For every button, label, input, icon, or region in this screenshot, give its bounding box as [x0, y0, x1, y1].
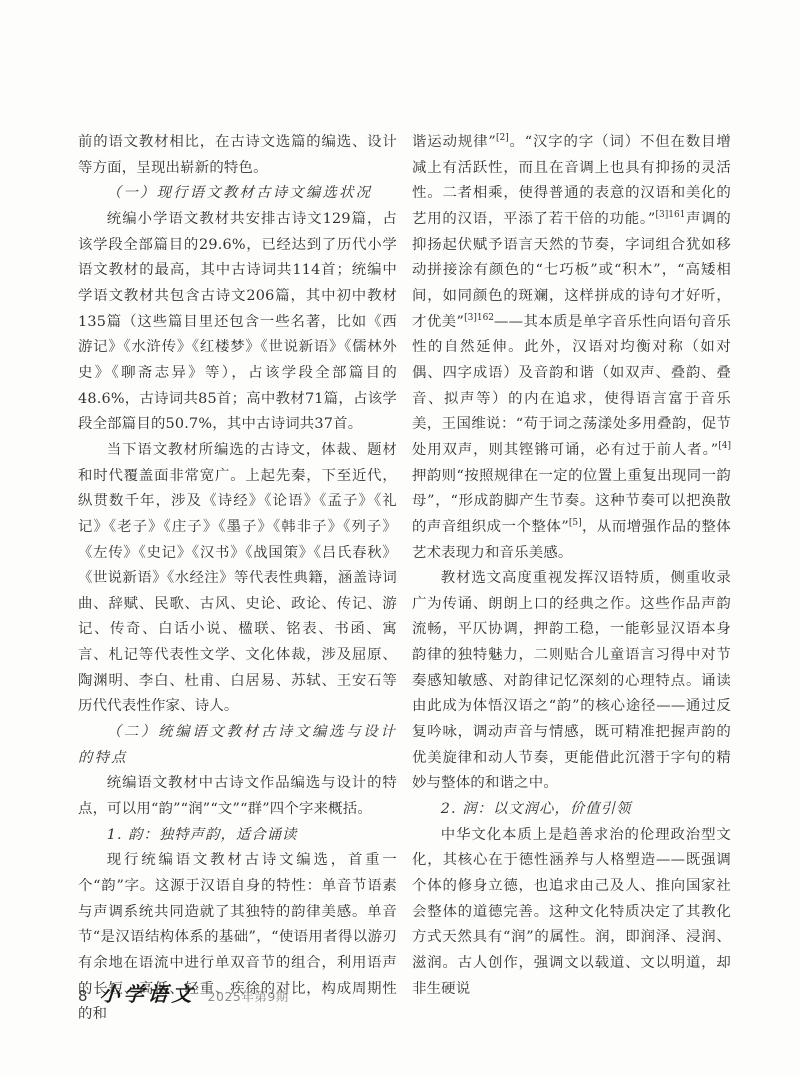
paragraph: 谐运动规律”[2]。“汉字的字（词）不但在数目增减上有活跃性，而且在音调上也具有… — [412, 130, 731, 566]
right-column: 谐运动规律”[2]。“汉字的字（词）不但在数目增减上有活跃性，而且在音调上也具有… — [412, 130, 731, 1002]
left-column: 前的语文教材相比，在古诗文选篇的编选、设计等方面，呈现出崭新的特色。（一）现行语… — [78, 130, 397, 1028]
paragraph: 统编小学语文教材共安排古诗文129篇，占该学段全部篇目的29.6%，已经达到了历… — [78, 207, 397, 438]
journal-page: 前的语文教材相比，在古诗文选篇的编选、设计等方面，呈现出崭新的特色。（一）现行语… — [0, 0, 800, 1077]
page-footer: 8 小学语文 2025年第9期 — [78, 978, 289, 1007]
section-heading: （一）现行语文教材古诗文编选状况 — [78, 181, 397, 207]
issue-label: 2025年第9期 — [208, 987, 289, 1005]
page-number: 8 — [78, 987, 88, 1005]
paragraph: 教材选文高度重视发挥汉语特质，侧重收录广为传诵、朗朗上口的经典之作。这些作品声韵… — [412, 566, 731, 797]
footnote-ref: [4] — [718, 441, 731, 451]
section-heading: （二）统编语文教材古诗文编选与设计的特点 — [78, 720, 397, 771]
text-run: 当下语文教材所编选的古诗文，体裁、题材和时代覆盖面非常宽广。上起先秦，下至近代，… — [78, 442, 397, 715]
paragraph: 前的语文教材相比，在古诗文选篇的编选、设计等方面，呈现出崭新的特色。 — [78, 130, 397, 181]
text-run: 谐运动规律” — [412, 134, 496, 150]
text-run: 统编小学语文教材共安排古诗文129篇，占该学段全部篇目的29.6%，已经达到了历… — [78, 211, 397, 432]
text-run: 2. 润：以文润心，价值引领 — [441, 801, 632, 817]
text-run: 中华文化本质上是趋善求治的伦理政治型文化，其核心在于德性涵养与人格塑造——既强调… — [412, 827, 731, 997]
footnote-ref: [5] — [569, 518, 582, 528]
text-run: 前的语文教材相比，在古诗文选篇的编选、设计等方面，呈现出崭新的特色。 — [78, 134, 397, 176]
sub-heading: 2. 润：以文润心，价值引领 — [412, 797, 731, 823]
text-run: 声调的抑扬起伏赋予语言天然的节奏，字词组合犹如移动拼接涂有颜色的“七巧板”或“积… — [412, 211, 731, 330]
text-run: 1. 韵：独特声韵，适合诵读 — [107, 827, 298, 843]
paragraph: 统编语文教材中古诗文作品编选与设计的特点，可以用“韵”“润”“文”“群”四个字来… — [78, 771, 397, 822]
text-run: （一）现行语文教材古诗文编选状况 — [107, 185, 372, 201]
footnote-ref: [2] — [496, 133, 509, 143]
journal-logo: 小学语文 — [99, 978, 197, 1007]
paragraph: 当下语文教材所编选的古诗文，体裁、题材和时代覆盖面非常宽广。上起先秦，下至近代，… — [78, 438, 397, 720]
sub-heading: 1. 韵：独特声韵，适合诵读 — [78, 823, 397, 849]
text-run: ——其本质是单字音乐性向语句音乐性的自然延伸。此外，汉语对均衡对称（如对偶、四字… — [412, 314, 731, 458]
text-run: （二）统编语文教材古诗文编选与设计的特点 — [78, 724, 397, 766]
footnote-ref: [3]162 — [464, 313, 494, 323]
text-run: 教材选文高度重视发挥汉语特质，侧重收录广为传诵、朗朗上口的经典之作。这些作品声韵… — [412, 570, 731, 791]
paragraph: 中华文化本质上是趋善求治的伦理政治型文化，其核心在于德性涵养与人格塑造——既强调… — [412, 823, 731, 1003]
text-run: 统编语文教材中古诗文作品编选与设计的特点，可以用“韵”“润”“文”“群”四个字来… — [78, 775, 397, 817]
footnote-ref: [3]161 — [655, 210, 685, 220]
